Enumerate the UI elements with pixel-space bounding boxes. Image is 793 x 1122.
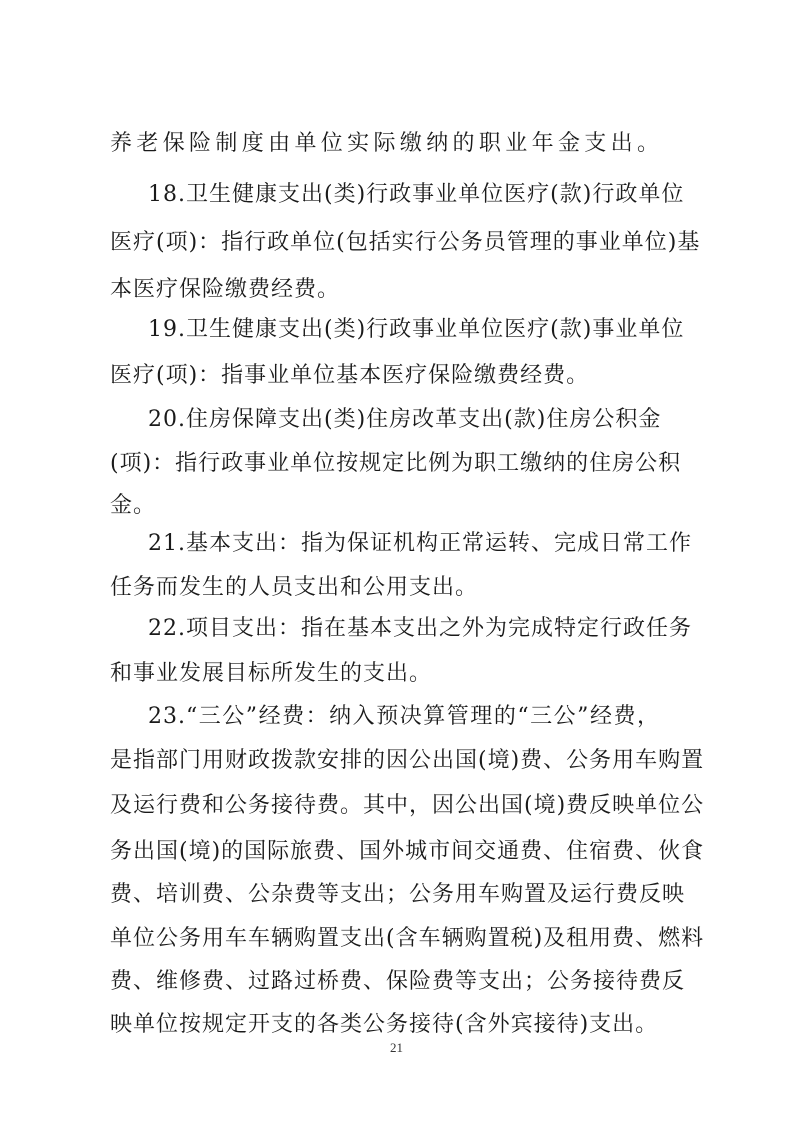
text-line: 任务而发生的人员支出和公用支出。 [110,574,660,602]
text-line: 23.“三公”经费：纳入预决算管理的“三公”经费， [148,703,660,731]
text-line: 金。 [110,492,660,520]
text-line: 本医疗保险缴费经费。 [110,276,660,304]
text-line: (项)：指行政事业单位按规定比例为职工缴纳的住房公积 [110,450,660,478]
text-line: 和事业发展目标所发生的支出。 [110,660,660,688]
text-line: 医疗(项)：指行政单位(包括实行公务员管理的事业单位)基 [110,229,660,257]
text-line: 医疗(项)：指事业单位基本医疗保险缴费经费。 [110,362,660,390]
page-number: 21 [0,1040,793,1056]
document-page: 养老保险制度由单位实际缴纳的职业年金支出。 18.卫生健康支出(类)行政事业单位… [0,0,793,1122]
text-line: 及运行费和公务接待费。其中，因公出国(境)费反映单位公 [110,792,660,820]
text-line: 务出国(境)的国际旅费、国外城市间交通费、住宿费、伙食 [110,838,660,866]
text-line: 22.项目支出：指在基本支出之外为完成特定行政任务 [148,615,660,643]
text-line: 映单位按规定开支的各类公务接待(含外宾接待)支出。 [110,1011,660,1039]
text-line: 单位公务用车车辆购置支出(含车辆购置税)及租用费、燃料 [110,925,660,953]
text-line: 19.卫生健康支出(类)行政事业单位医疗(款)事业单位 [148,316,660,344]
text-line: 养老保险制度由单位实际缴纳的职业年金支出。 [110,130,660,158]
text-line: 费、培训费、公杂费等支出；公务用车购置及运行费反映 [110,881,660,909]
text-line: 是指部门用财政拨款安排的因公出国(境)费、公务用车购置 [110,747,660,775]
text-line: 20.住房保障支出(类)住房改革支出(款)住房公积金 [148,406,660,434]
text-line: 费、维修费、过路过桥费、保险费等支出；公务接待费反 [110,968,660,996]
text-line: 18.卫生健康支出(类)行政事业单位医疗(款)行政单位 [148,181,660,209]
text-line: 21.基本支出：指为保证机构正常运转、完成日常工作 [148,530,660,558]
